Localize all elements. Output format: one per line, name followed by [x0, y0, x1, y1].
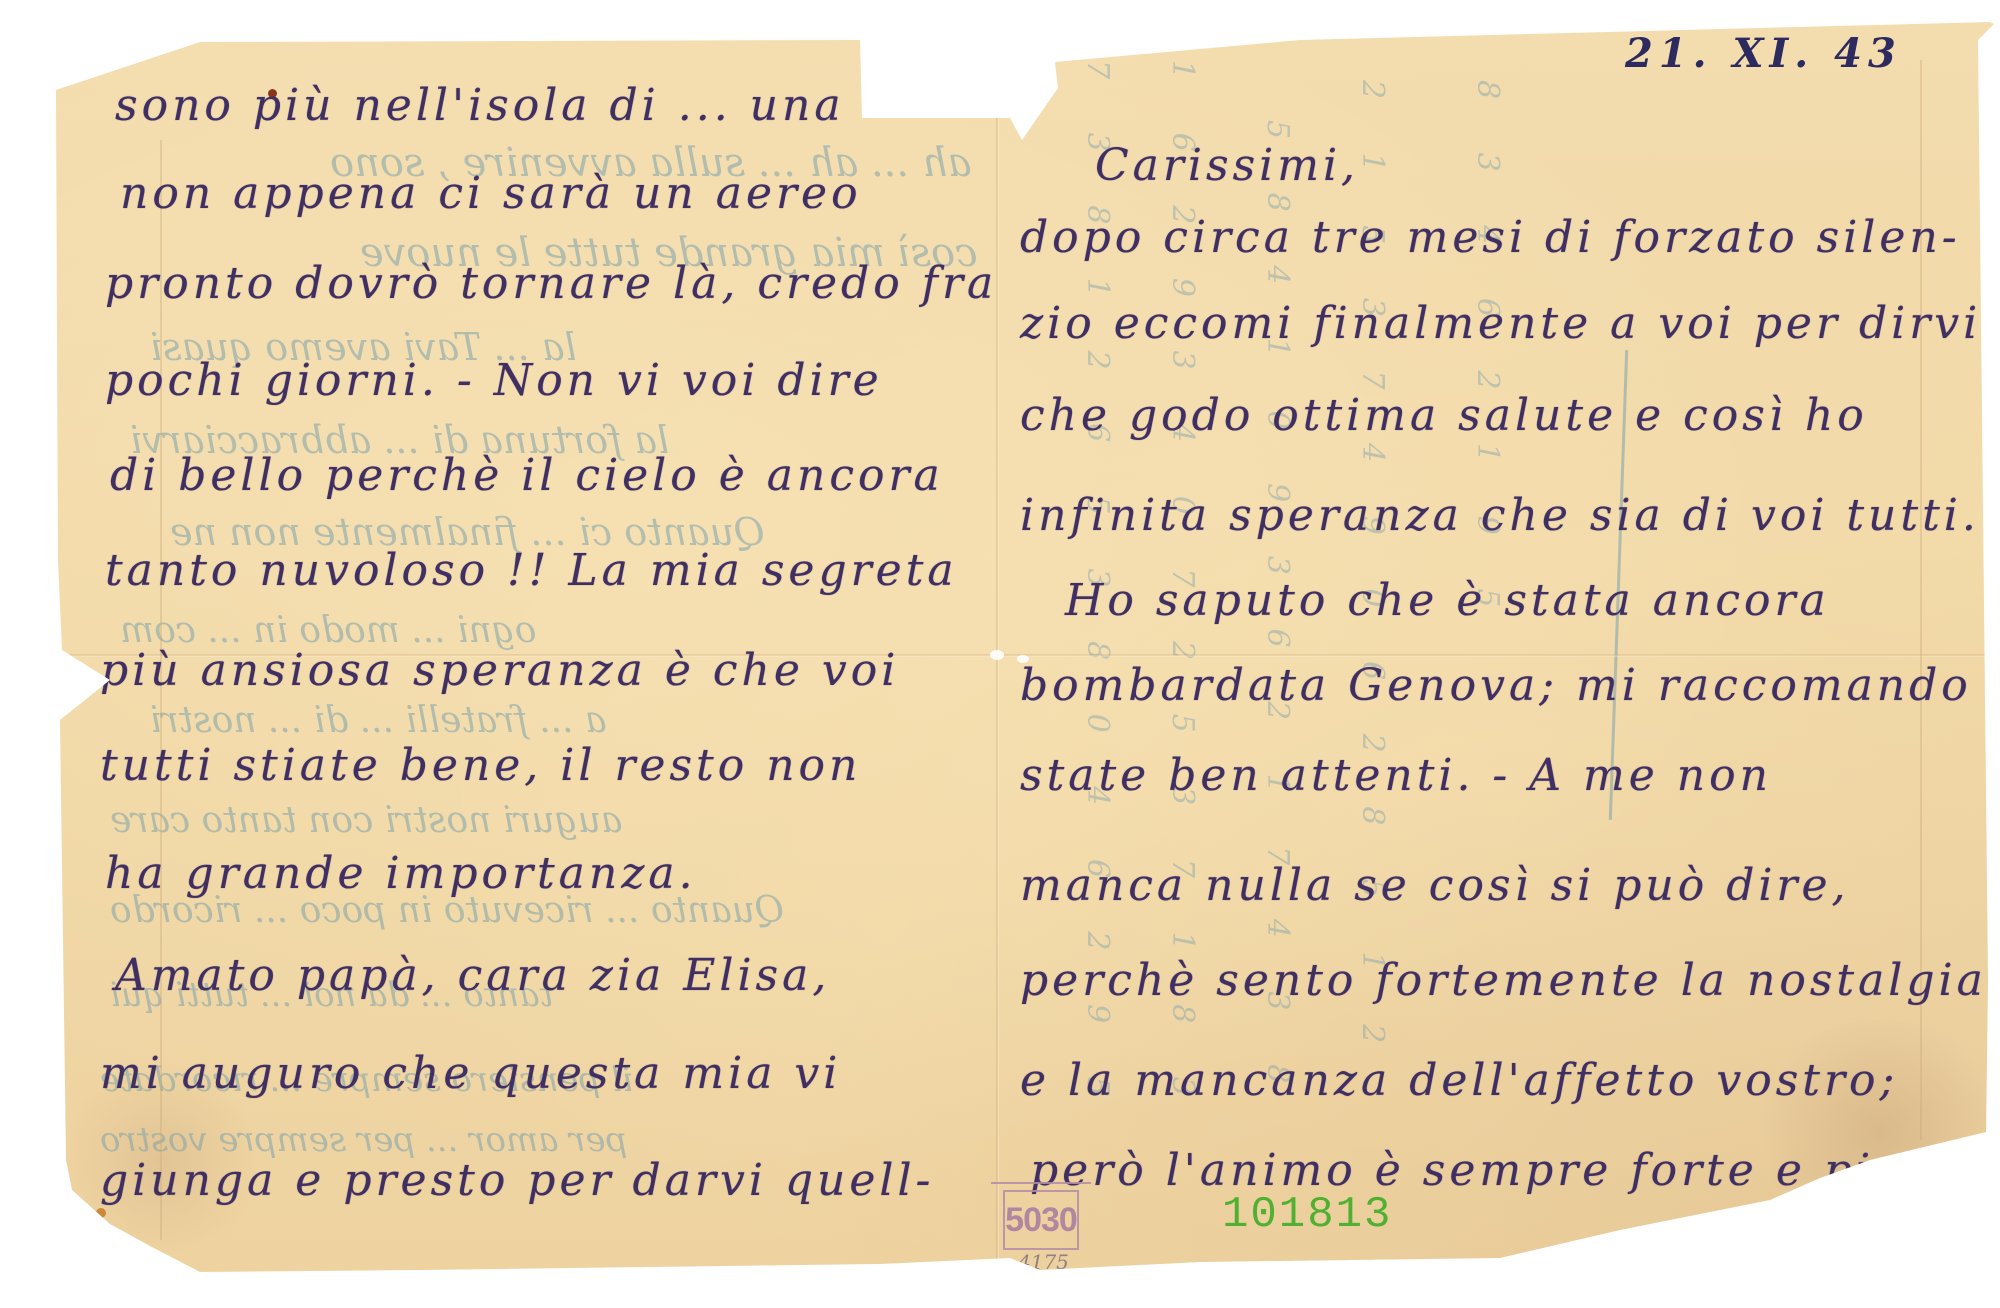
left-line-8: tutti stiate bene, il resto non	[100, 740, 861, 791]
left-line-3: pronto dovrò tornare là, credo fra	[105, 258, 997, 309]
left-line-10: Amato papà, cara zia Elisa,	[115, 950, 830, 1001]
right-line-10: e la mancanza dell'affetto vostro;	[1020, 1055, 1898, 1106]
right-line-6: bombardata Genova; mi raccomando	[1020, 660, 1972, 711]
bleed-through-text: auguri nostri con tanto care	[110, 800, 622, 841]
right-line-7: state ben attenti. - A me non	[1020, 750, 1772, 801]
right-line-8: manca nulla se così si può dire,	[1020, 860, 1850, 911]
salutation: Carissimi,	[1095, 140, 1359, 191]
right-line-9: perchè sento fortemente la nostalgia	[1020, 955, 1987, 1006]
left-line-5: di bello perchè il cielo è ancora	[110, 450, 944, 501]
right-line-2: zio eccomi finalmente a voi per dirvi	[1020, 298, 1981, 349]
right-line-3: che godo ottima salute e così ho	[1020, 390, 1868, 441]
right-line-11: però l'animo è sempre forte e pien	[1030, 1145, 1936, 1196]
left-line-11: mi auguro che questa mia vi	[100, 1048, 841, 1099]
archive-number-stamp: 101813	[1222, 1190, 1392, 1240]
paper-sheet: ah ... ah ... sulla avvenire , sono così…	[0, 0, 2000, 1308]
letter-scan: ah ... ah ... sulla avvenire , sono così…	[0, 0, 2000, 1308]
right-line-1: dopo circa tre mesi di forzato silen-	[1020, 212, 1961, 263]
right-line-4: infinita speranza che sia di voi tutti.	[1020, 490, 1980, 541]
bleed-through-text: a ... fratelli ... di ... nostri	[150, 700, 607, 741]
left-line-4: pochi giorni. - Non vi voi dire	[105, 355, 883, 406]
bleed-through-text: per amor ... per sempre vostro	[100, 1120, 627, 1160]
left-line-6: tanto nuvoloso !! La mia segreta	[105, 545, 958, 596]
letter-date: 21. XI. 43	[1625, 30, 1902, 77]
censor-stamp-subnumber: 4175	[1018, 1250, 1069, 1274]
left-line-2: non appena ci sarà un aereo	[120, 168, 862, 219]
stain	[1750, 1020, 2000, 1240]
left-line-1: sono più nell'isola di ... una	[115, 80, 845, 131]
rust-dot	[96, 1208, 106, 1218]
left-line-7: più ansiosa speranza è che voi	[100, 645, 899, 696]
censor-stamp: 5030	[1003, 1190, 1079, 1250]
right-line-5: Ho saputo che è stata ancora	[1065, 575, 1830, 626]
left-line-9: ha grande importanza.	[105, 848, 697, 899]
left-line-12: giunga e presto per darvi quell-	[100, 1155, 934, 1206]
fold-hole	[990, 650, 1004, 660]
